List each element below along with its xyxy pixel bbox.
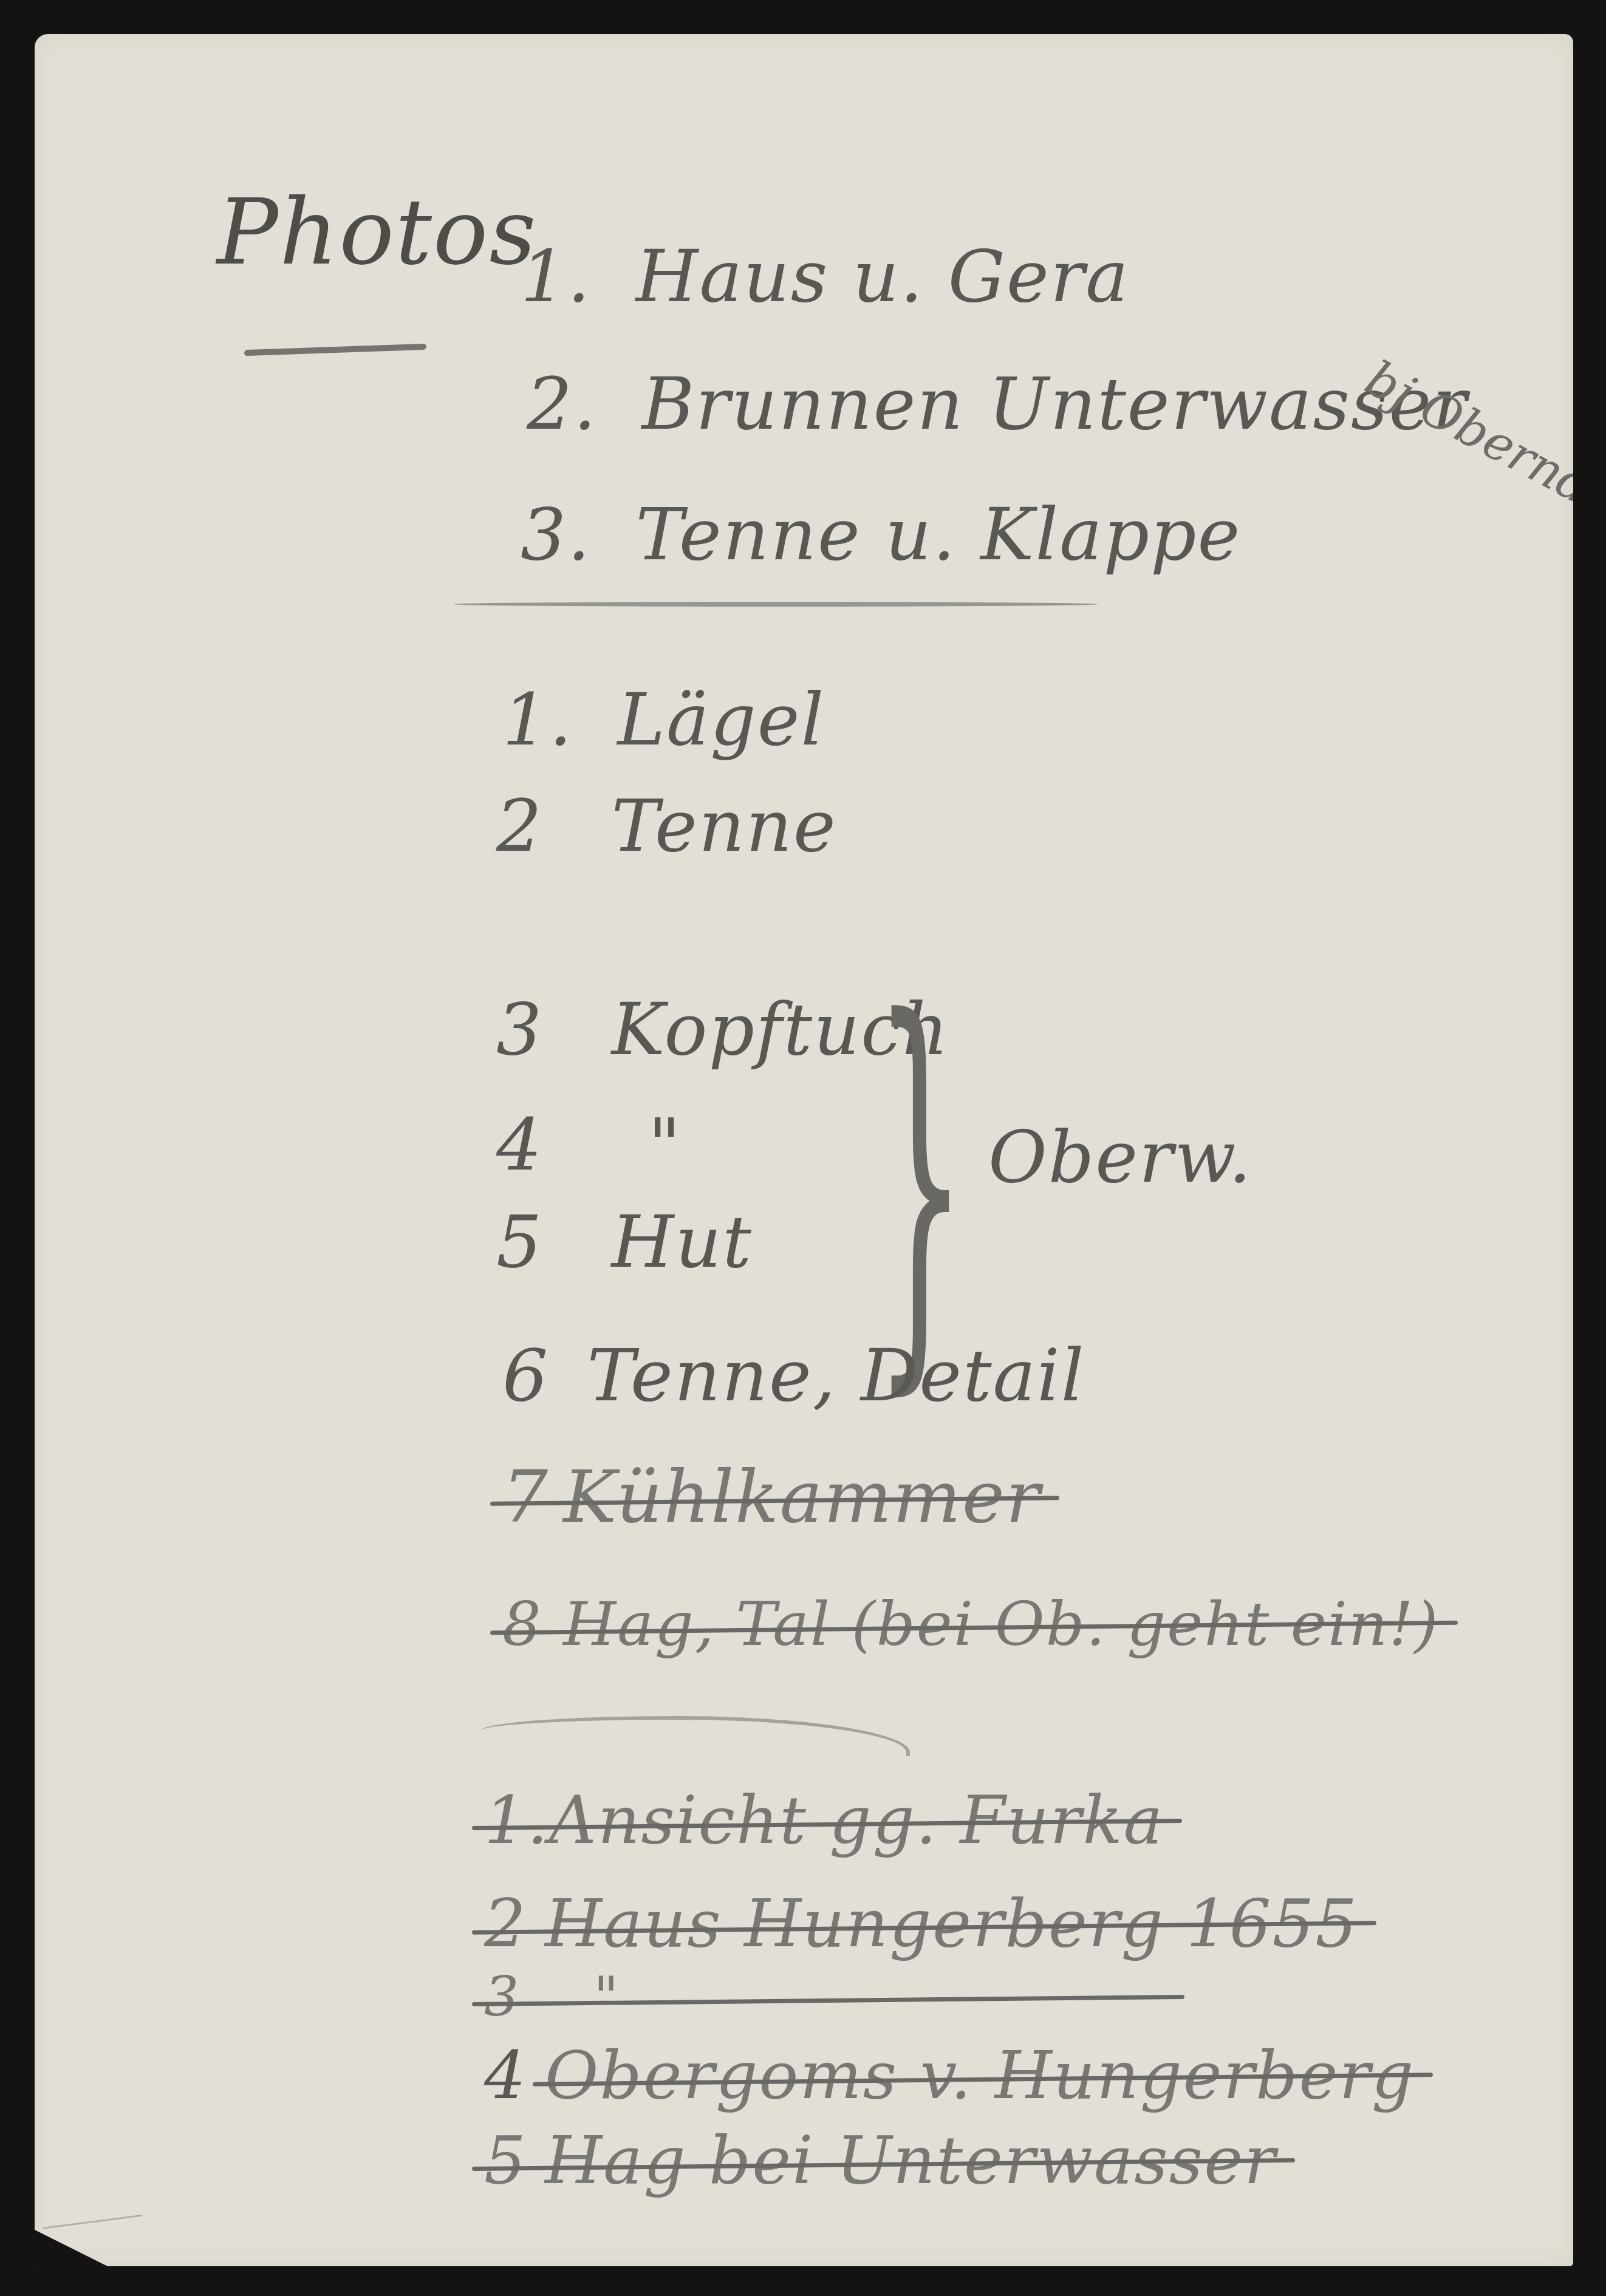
item-text: Tenne: [612, 784, 837, 868]
item-number: 6: [502, 1334, 563, 1417]
item-number: 2: [484, 1886, 545, 1962]
item-number: 7: [502, 1455, 563, 1539]
list-item: 8Hag, Tal (bei Ob. geht ein!): [502, 1589, 1440, 1660]
list-item: 5 Hut: [496, 1200, 753, 1284]
list-item: 2. Brunnen Unterwasser: [527, 362, 1468, 446]
item-number: 5: [484, 2123, 545, 2199]
item-text: Lägel: [618, 678, 825, 761]
item-text: Tenne, Detail: [587, 1334, 1085, 1417]
item-number: 4: [484, 2038, 545, 2114]
item-number: 4: [496, 1103, 587, 1187]
struck-item: 1.Ansicht gg. Furka: [484, 1783, 1164, 1859]
item-text: Hut: [612, 1200, 753, 1284]
page-title: Photos: [217, 180, 537, 285]
item-number: 3: [484, 1965, 593, 2029]
list-item: 6 Tenne, Detail: [502, 1334, 1085, 1417]
item-number: 2: [496, 784, 587, 868]
item-number: 1.: [521, 234, 612, 318]
item-text: Haus Hungerberg 1655: [545, 1886, 1358, 1962]
list-item: 5Hag bei Unterwasser: [484, 2123, 1277, 2199]
list-item: 2 Tenne: [496, 784, 837, 868]
item-number: 3.: [521, 492, 612, 576]
brace-icon: }: [873, 969, 968, 1394]
item-text: Tenne u. Klappe: [636, 492, 1242, 576]
list-item: 3": [484, 1965, 1166, 2029]
item-text: Obergoms v. Hungerberg: [545, 2038, 1415, 2114]
item-text: Hag bei Unterwasser: [545, 2123, 1277, 2199]
brace-label: Oberw.: [988, 1115, 1252, 1199]
title-underline: [244, 344, 426, 356]
item-number: 5: [496, 1200, 587, 1284]
item-number: 8: [502, 1589, 563, 1660]
struck-item: 8Hag, Tal (bei Ob. geht ein!): [502, 1589, 1440, 1660]
item-text: Ansicht gg. Furka: [549, 1783, 1164, 1859]
item-text: Hag, Tal (bei Ob. geht ein!): [563, 1589, 1440, 1660]
struck-item: Obergoms v. Hungerberg: [545, 2038, 1415, 2114]
list-item: 3. Tenne u. Klappe: [521, 492, 1241, 576]
struck-item: 7Kühlkammer: [502, 1455, 1041, 1539]
section-divider: [481, 1716, 910, 1756]
item-number: 1.: [502, 678, 593, 761]
section-divider: [454, 602, 1098, 607]
item-text: ": [612, 1103, 682, 1187]
item-text: ": [593, 1965, 620, 2029]
item-text: Brunnen Unterwasser: [642, 362, 1468, 446]
struck-item: 3": [484, 1965, 1166, 2029]
item-text: Haus u. Gera: [636, 234, 1130, 318]
list-item: 4 ": [496, 1103, 682, 1187]
item-number: 1.: [484, 1783, 549, 1859]
paper-sheet: Photos 1. Haus u. Gera 2. Brunnen Unterw…: [35, 34, 1573, 2266]
struck-item: 5Hag bei Unterwasser: [484, 2123, 1277, 2199]
item-text: Kühlkammer: [563, 1455, 1041, 1539]
struck-item: 2Haus Hungerberg 1655: [484, 1886, 1358, 1962]
item-number: 3: [496, 987, 587, 1071]
list-item: 4Obergoms v. Hungerberg: [484, 2038, 1415, 2114]
list-item: 1. Haus u. Gera: [521, 234, 1130, 318]
list-item: 1. Lägel: [502, 678, 825, 761]
list-item: 1.Ansicht gg. Furka: [484, 1783, 1164, 1859]
item-number: 2.: [527, 362, 618, 446]
list-item: 7Kühlkammer: [502, 1455, 1041, 1539]
list-item: 2Haus Hungerberg 1655: [484, 1886, 1358, 1962]
